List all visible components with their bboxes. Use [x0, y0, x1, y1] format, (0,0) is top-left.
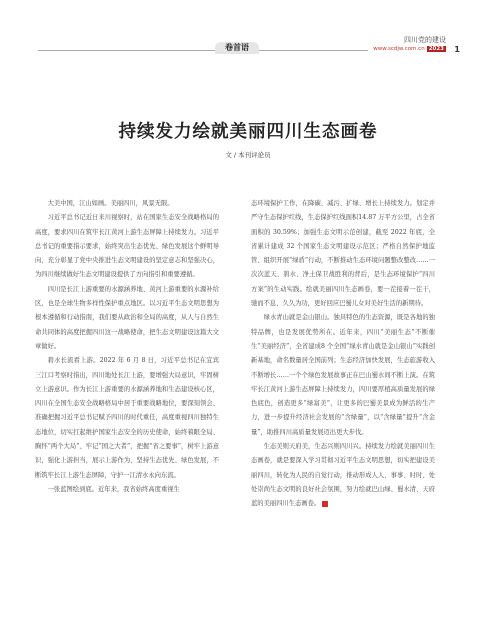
year-badge: 2023: [427, 46, 446, 52]
paragraph: 大美中国，江山如画。美丽四川，风景无限。: [35, 197, 219, 211]
article-byline: 文 / 本刊评论员: [0, 150, 496, 159]
paragraph: 习近平总书记近日来川视察时，站在国家生态安全战略格局的高度，要求四川在筑牢长江黄…: [35, 211, 219, 282]
section-label: 卷首语: [215, 42, 259, 54]
paragraph: 一张蓝图绘到底。近年来，我省始终高度重视生: [35, 483, 219, 497]
paragraph: 碧水长流看上游。2022 年 6 月 8 日，习近平总书记在宜宾三江口考察时指出…: [35, 354, 219, 483]
right-column: 态环境保护工作，在降碳、减污、扩绿、增长上持续发力。划定并严守生态保护红线，生态…: [251, 197, 435, 512]
magazine-url-line: www.scdjw.com.cn2023: [373, 45, 446, 54]
website-url: www.scdjw.com.cn: [373, 46, 424, 52]
paragraph-text: 生态美则天府美，生态兴则四川兴。持续发力绘就美丽四川生态画卷，就是要深入学习贯彻…: [251, 443, 435, 507]
paragraph: 四川是长江上游重要的水源涵养地、黄河上游重要的水源补给区，也是全球生物多样性保护…: [35, 283, 219, 354]
end-mark-icon: [322, 501, 328, 507]
paragraph: 态环境保护工作，在降碳、减污、扩绿、增长上持续发力。划定并严守生态保护红线，生态…: [251, 197, 435, 311]
article-title: 持续发力绘就美丽四川生态画卷: [0, 118, 496, 143]
magazine-masthead: 四川党的建设 www.scdjw.com.cn2023: [373, 36, 446, 54]
page-number: 1: [454, 45, 460, 54]
left-column: 大美中国，江山如画。美丽四川，风景无限。 习近平总书记近日来川视察时，站在国家生…: [35, 197, 219, 497]
paragraph: 绿水青山就是金山银山。独具特色的生态资源，既是各地的独特品牌，也是发展优势所在。…: [251, 311, 435, 440]
paragraph-last: 生态美则天府美，生态兴则四川兴。持续发力绘就美丽四川生态画卷，就是要深入学习贯彻…: [251, 440, 435, 511]
header-rule: [38, 50, 368, 51]
magazine-name: 四川党的建设: [373, 36, 446, 45]
